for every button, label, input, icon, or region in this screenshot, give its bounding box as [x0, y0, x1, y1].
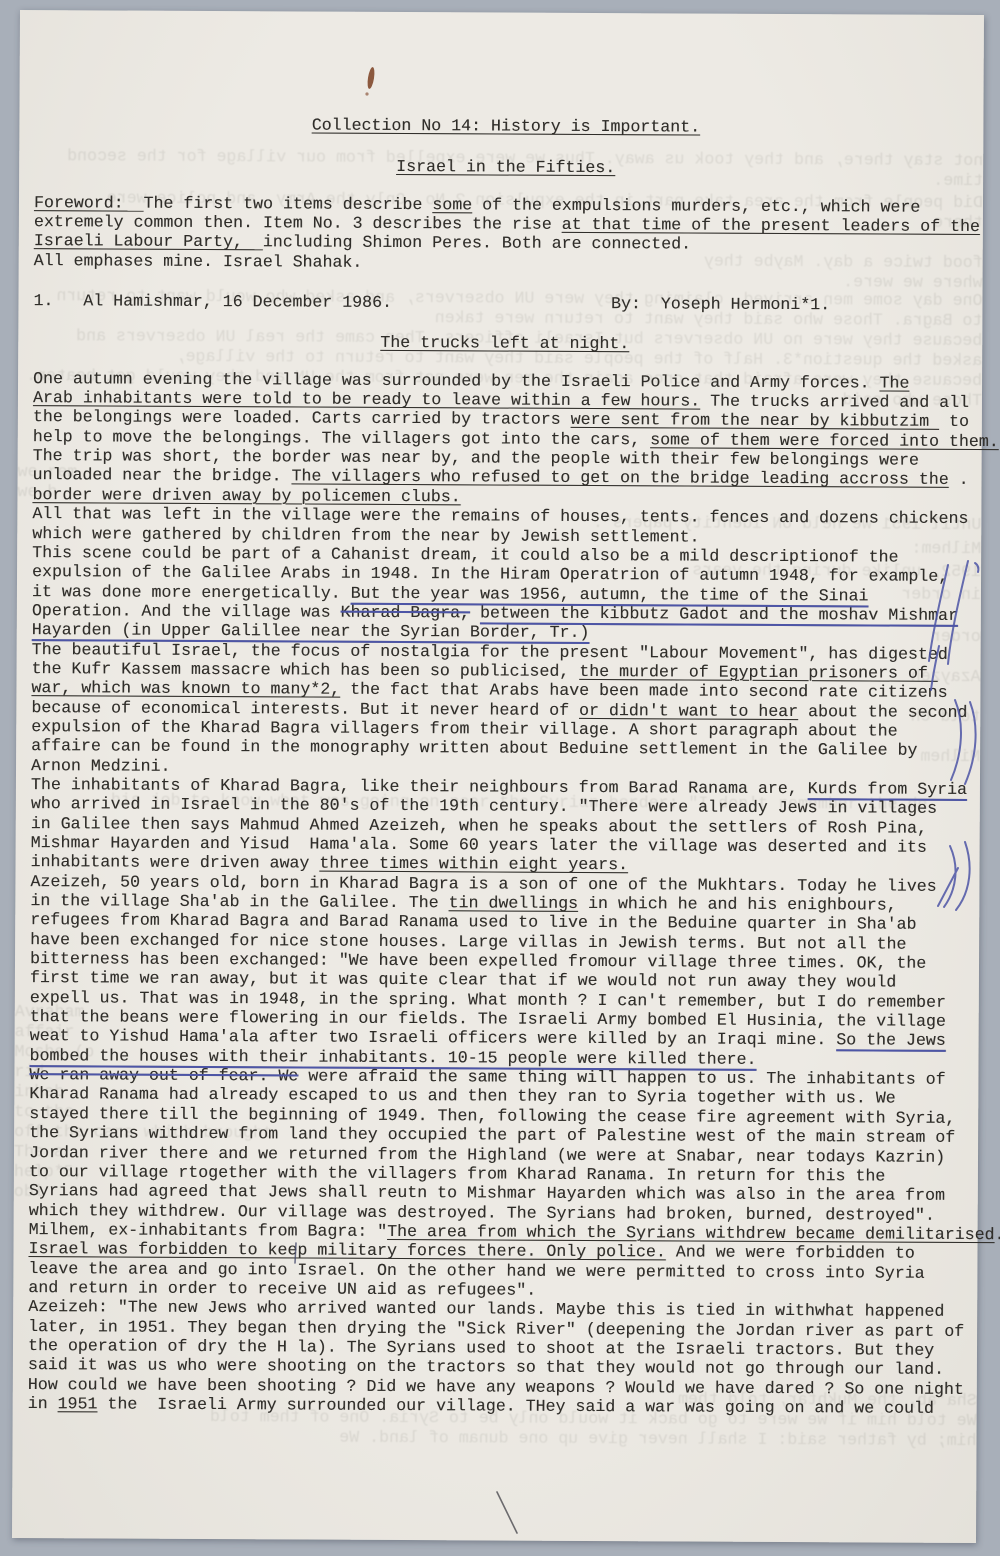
pen-strikethrough-text: We ran away out of fear. We: [29, 1065, 298, 1085]
text-line: All emphases mine. Israel Shahak.: [34, 251, 977, 275]
pen-underline-text: between the kibbutz Gadot and the moshav…: [480, 603, 958, 625]
text-line: in 1951 the Israeli Army surrounded our …: [28, 1394, 971, 1418]
typed-underline-text: border were driven away by policemen clu…: [32, 485, 460, 506]
typed-underline-text: war, which was known to many*2,: [31, 678, 340, 699]
typed-underline-text: 1951: [58, 1394, 98, 1413]
heading-text: The trucks left at night.: [380, 333, 629, 353]
byline: 1. Al Hamishmar, 16 December 1986. By: Y…: [33, 291, 976, 315]
article-body: One autumn evening the village was surro…: [28, 369, 976, 1418]
pen-underline-text: Kurds from Syria: [808, 779, 967, 799]
section-heading: The trucks left at night.: [33, 331, 976, 355]
foreword-section: Foreword: The first two items describe s…: [34, 193, 977, 275]
document-content: Collection No 14: History is Important. …: [13, 114, 984, 1418]
typed-underline-text: Foreword:: [34, 193, 144, 213]
typed-underline-text: at that time of the present leaders of t…: [562, 215, 980, 236]
typed-underline-text: were sent from the near by kibbutzim: [571, 410, 940, 431]
document-page: not stay there, and they took us away. T…: [12, 10, 984, 1543]
typed-underline-text: or didn't want to hear: [579, 701, 798, 721]
typed-underline-text: the murder of Egyptian prisoners of: [579, 662, 938, 683]
document-subtitle: Israel in the Fifties.: [34, 155, 977, 179]
document-title: Collection No 14: History is Important.: [34, 114, 977, 138]
typed-underline-text: The: [879, 373, 909, 392]
title-text: Collection No 14: History is Important.: [312, 116, 700, 137]
typed-underline-text: Israeli Labour Party,: [34, 231, 263, 251]
bleedthrough-text: him; by father said: I shall never give …: [12, 1426, 984, 1451]
pen-underline-text: Hayarden (in Upper Galillee near the Syr…: [32, 620, 590, 642]
typed-underline-text: three times within eight years.: [319, 854, 628, 875]
typed-underline-text: tin dwellings: [449, 893, 579, 913]
pen-underline-text: But the year was 1956, autumn, the time …: [351, 583, 869, 605]
subtitle-text: Israel in the Fifties.: [396, 157, 615, 177]
typed-underline-text: some of them were forced into them.: [650, 430, 999, 451]
pen-strikethrough-text: Kharad Bagra,: [341, 603, 471, 623]
typed-underline-text: some: [432, 195, 472, 214]
pen-underline-text: So the Jews: [836, 1031, 946, 1051]
